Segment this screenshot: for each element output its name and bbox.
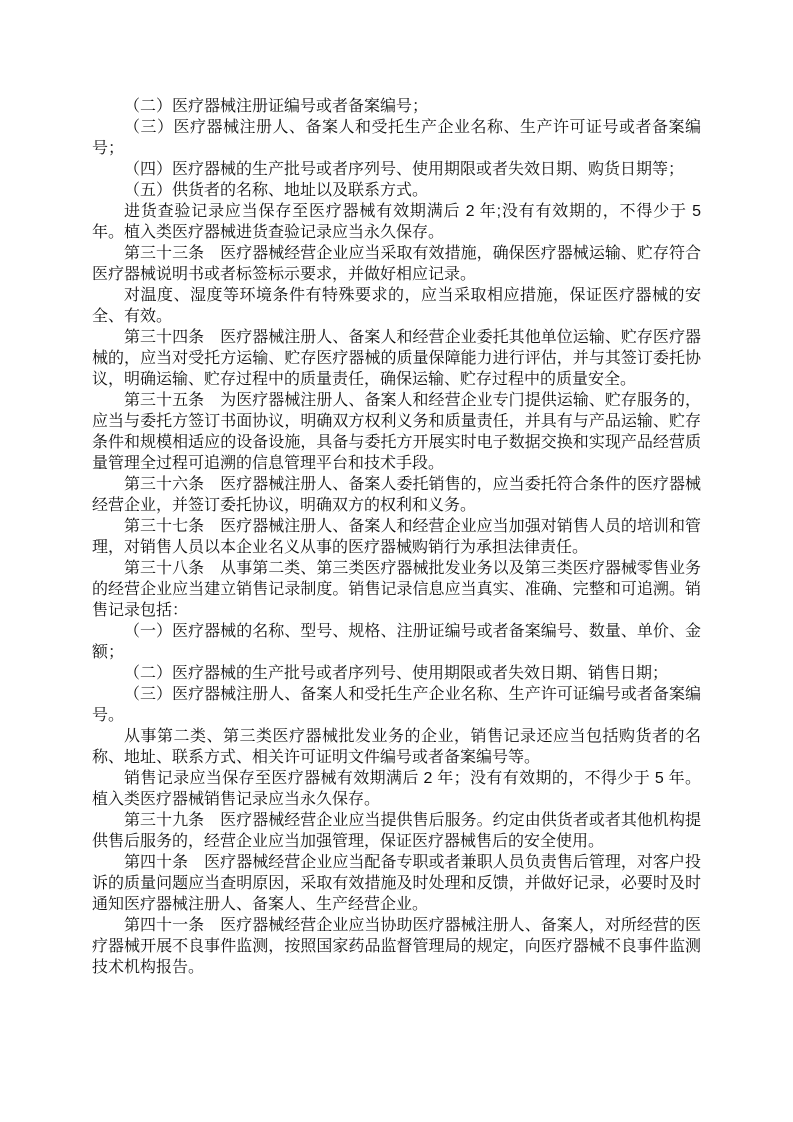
paragraph-sales-record-retention: 销售记录应当保存至医疗器械有效期满后 2 年；没有有效期的，不得少于 5 年。植… [92,768,701,810]
paragraph-article-33-cont: 对温度、湿度等环境条件有特殊要求的，应当采取相应措施，保证医疗器械的安全、有效。 [92,285,701,327]
paragraph-article-35: 第三十五条 为医疗器械注册人、备案人和经营企业专门提供运输、贮存服务的，应当与委… [92,390,701,474]
paragraph-sales-record-item-3: （三）医疗器械注册人、备案人和受托生产企业名称、生产许可证编号或者备案编号。 [92,684,701,726]
paragraph-item-3: （三）医疗器械注册人、备案人和受托生产企业名称、生产许可证号或者备案编号； [92,117,701,159]
paragraph-purchase-record-retention: 进货查验记录应当保存至医疗器械有效期满后 2 年;没有有效期的，不得少于 5 年… [92,201,701,243]
paragraph-article-33: 第三十三条 医疗器械经营企业应当采取有效措施，确保医疗器械运输、贮存符合医疗器械… [92,243,701,285]
paragraph-item-2: （二）医疗器械注册证编号或者备案编号； [92,96,701,117]
paragraph-article-37: 第三十七条 医疗器械注册人、备案人和经营企业应当加强对销售人员的培训和管理，对销… [92,516,701,558]
paragraph-article-34: 第三十四条 医疗器械注册人、备案人和经营企业委托其他单位运输、贮存医疗器械的，应… [92,327,701,390]
paragraph-sales-record-item-1: （一）医疗器械的名称、型号、规格、注册证编号或者备案编号、数量、单价、金额； [92,621,701,663]
paragraph-sales-record-item-2: （二）医疗器械的生产批号或者序列号、使用期限或者失效日期、销售日期； [92,663,701,684]
document-body: （二）医疗器械注册证编号或者备案编号； （三）医疗器械注册人、备案人和受托生产企… [92,96,701,978]
paragraph-item-5: （五）供货者的名称、地址以及联系方式。 [92,180,701,201]
paragraph-article-40: 第四十条 医疗器械经营企业应当配备专职或者兼职人员负责售后管理，对客户投诉的质量… [92,852,701,915]
paragraph-article-38: 第三十八条 从事第二类、第三类医疗器械批发业务以及第三类医疗器械零售业务的经营企… [92,558,701,621]
paragraph-article-39: 第三十九条 医疗器械经营企业应当提供售后服务。约定由供货者或者其他机构提供售后服… [92,810,701,852]
paragraph-item-4: （四）医疗器械的生产批号或者序列号、使用期限或者失效日期、购货日期等； [92,159,701,180]
document-page: （二）医疗器械注册证编号或者备案编号； （三）医疗器械注册人、备案人和受托生产企… [0,0,793,1122]
paragraph-wholesale-record-extra: 从事第二类、第三类医疗器械批发业务的企业，销售记录还应当包括购货者的名称、地址、… [92,726,701,768]
paragraph-article-41: 第四十一条 医疗器械经营企业应当协助医疗器械注册人、备案人，对所经营的医疗器械开… [92,915,701,978]
paragraph-article-36: 第三十六条 医疗器械注册人、备案人委托销售的，应当委托符合条件的医疗器械经营企业… [92,474,701,516]
